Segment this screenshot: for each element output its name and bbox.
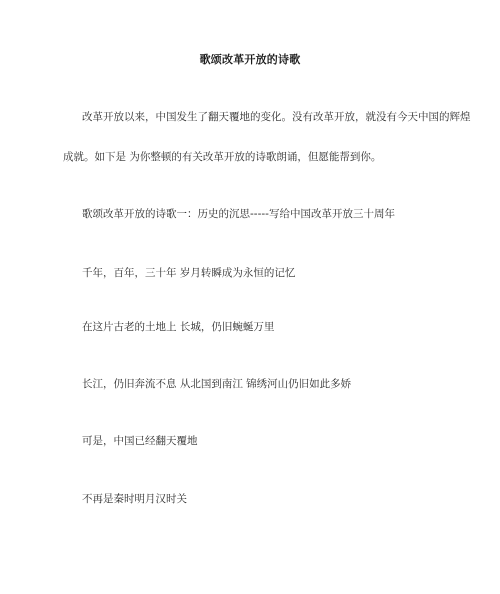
poem-line: 在这片古老的土地上 长城，仍旧蜿蜒万里 xyxy=(82,320,274,334)
document-title: 歌颂改革开放的诗歌 xyxy=(0,51,500,67)
document-page: 歌颂改革开放的诗歌 改革开放以来，中国发生了翻天覆地的变化。没有改革开放，就没有… xyxy=(0,0,500,594)
poem-line: 千年，百年，三十年 岁月转瞬成为永恒的记忆 xyxy=(82,266,295,280)
intro-paragraph-line-1: 改革开放以来，中国发生了翻天覆地的变化。没有改革开放，就没有今天中国的辉煌 xyxy=(82,110,471,124)
poem-line: 可是，中国已经翻天覆地 xyxy=(82,434,198,448)
poem-line: 长江，仍旧奔流不息 从北国到南江 锦绣河山仍旧如此多娇 xyxy=(82,377,351,391)
intro-paragraph-line-2: 成就。如下是 为你整顿的有关改革开放的诗歌朗诵，但愿能帮到你。 xyxy=(63,150,381,164)
poem-line: 不再是秦时明月汉时关 xyxy=(82,492,187,506)
poem-heading: 歌颂改革开放的诗歌一：历史的沉思-----写给中国改革开放三十周年 xyxy=(82,207,395,221)
